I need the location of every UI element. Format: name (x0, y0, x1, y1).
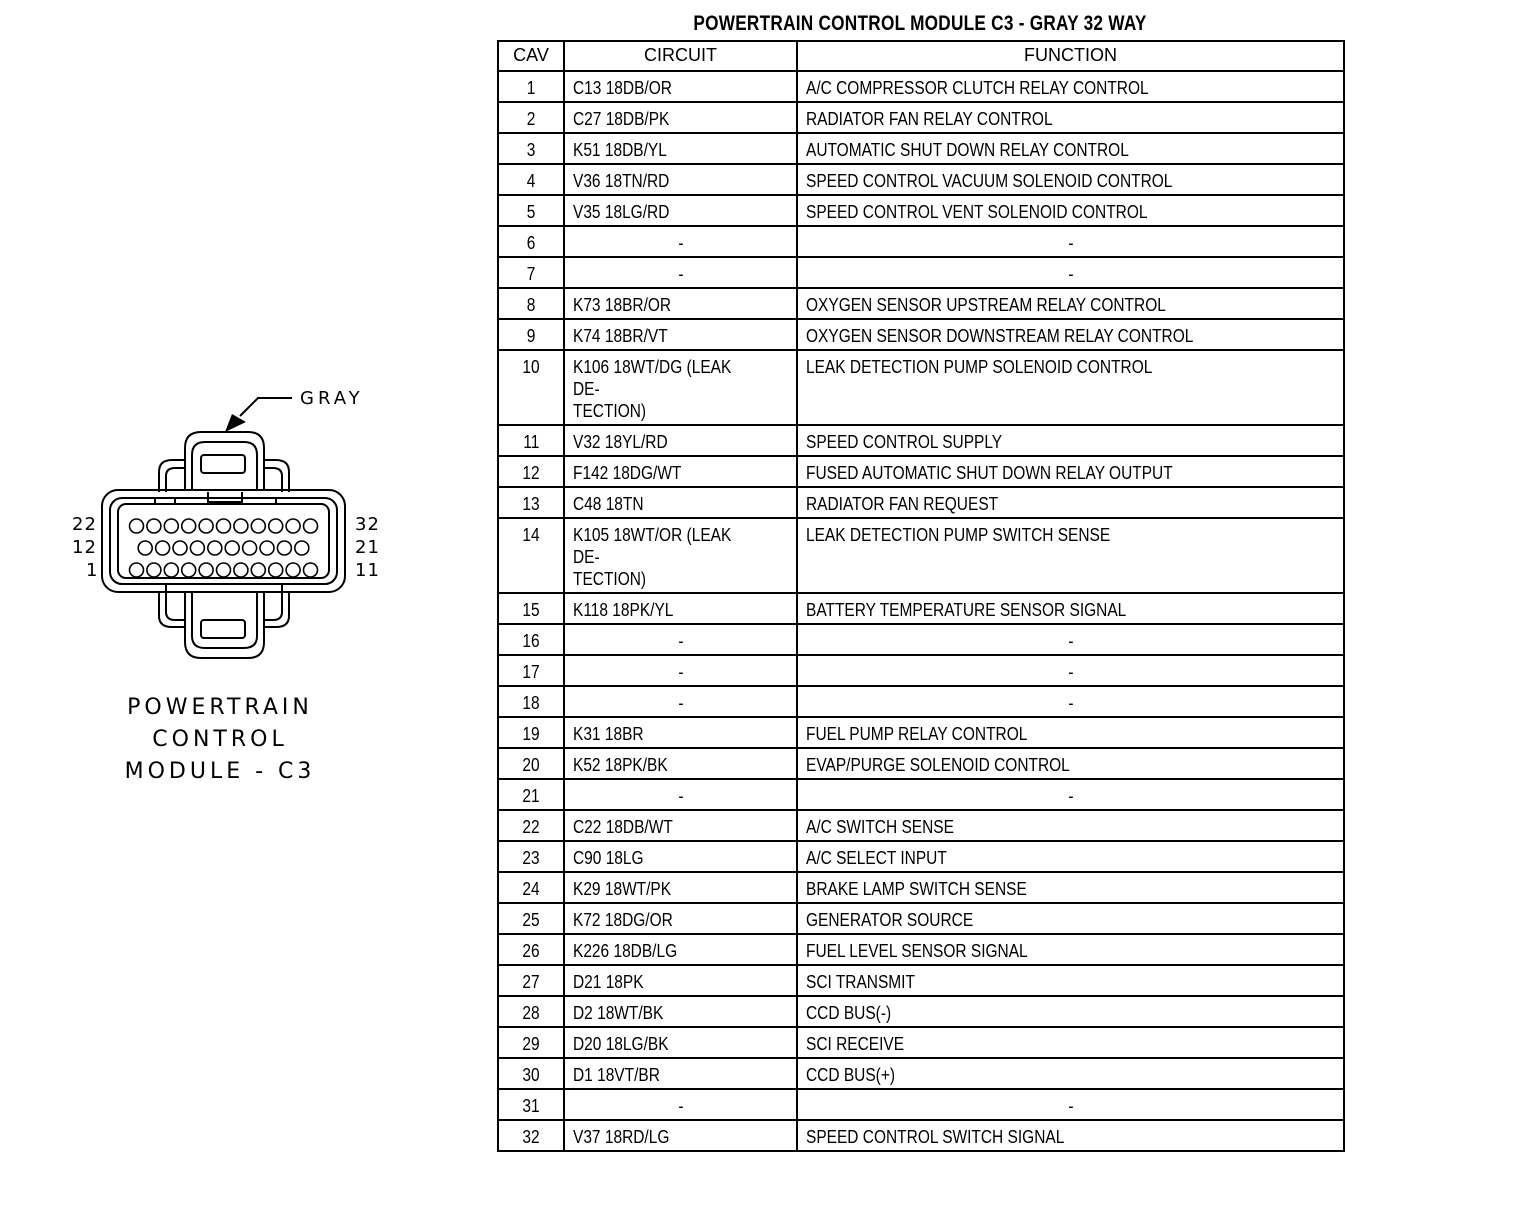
cav-cell: 5 (498, 195, 564, 226)
pin-label-1: 1 (86, 562, 98, 580)
table-row: 22C22 18DB/WTA/C SWITCH SENSE (498, 810, 1344, 841)
pin-hole (304, 519, 318, 533)
pin-hole (234, 563, 248, 577)
cav-cell: 23 (498, 841, 564, 872)
circuit-cell: D21 18PK (564, 965, 797, 996)
table-row: 13C48 18TNRADIATOR FAN REQUEST (498, 487, 1344, 518)
function-cell: CCD BUS(+) (797, 1058, 1344, 1089)
cav-cell: 1 (498, 71, 564, 102)
pin-hole (182, 519, 196, 533)
circuit-cell: K31 18BR (564, 717, 797, 748)
function-cell: FUEL LEVEL SENSOR SIGNAL (797, 934, 1344, 965)
table-row: 10K106 18WT/DG (LEAK DE- TECTION)LEAK DE… (498, 350, 1344, 425)
cav-cell: 30 (498, 1058, 564, 1089)
pin-label-21: 21 (355, 539, 380, 557)
pinout-table: CAV CIRCUIT FUNCTION 1C13 18DB/ORA/C COM… (497, 40, 1345, 1152)
pin-hole (138, 541, 152, 555)
cav-cell: 27 (498, 965, 564, 996)
pin-hole (286, 563, 300, 577)
function-cell: - (797, 686, 1344, 717)
table-row: 7-- (498, 257, 1344, 288)
circuit-cell: K52 18PK/BK (564, 748, 797, 779)
circuit-cell: - (564, 686, 797, 717)
circuit-cell: K29 18WT/PK (564, 872, 797, 903)
table-row: 31-- (498, 1089, 1344, 1120)
pin-hole (243, 541, 257, 555)
pin-hole (147, 519, 161, 533)
cav-cell: 17 (498, 655, 564, 686)
cav-cell: 13 (498, 487, 564, 518)
table-row: 24K29 18WT/PKBRAKE LAMP SWITCH SENSE (498, 872, 1344, 903)
function-cell: AUTOMATIC SHUT DOWN RELAY CONTROL (797, 133, 1344, 164)
cav-cell: 20 (498, 748, 564, 779)
circuit-cell: K73 18BR/OR (564, 288, 797, 319)
circuit-cell: C48 18TN (564, 487, 797, 518)
function-cell: A/C SWITCH SENSE (797, 810, 1344, 841)
function-cell: SPEED CONTROL SUPPLY (797, 425, 1344, 456)
pin-hole (173, 541, 187, 555)
table-row: 2C27 18DB/PKRADIATOR FAN RELAY CONTROL (498, 102, 1344, 133)
cav-cell: 4 (498, 164, 564, 195)
cav-cell: 15 (498, 593, 564, 624)
circuit-cell: - (564, 226, 797, 257)
pin-hole (130, 563, 144, 577)
table-row: 29D20 18LG/BKSCI RECEIVE (498, 1027, 1344, 1058)
table-row: 8K73 18BR/OROXYGEN SENSOR UPSTREAM RELAY… (498, 288, 1344, 319)
cav-cell: 11 (498, 425, 564, 456)
circuit-cell: K72 18DG/OR (564, 903, 797, 934)
cav-cell: 16 (498, 624, 564, 655)
table-row: 16-- (498, 624, 1344, 655)
table-row: 20K52 18PK/BKEVAP/PURGE SOLENOID CONTROL (498, 748, 1344, 779)
table-row: 6-- (498, 226, 1344, 257)
table-row: 11V32 18YL/RDSPEED CONTROL SUPPLY (498, 425, 1344, 456)
pin-hole (217, 519, 231, 533)
function-cell: FUEL PUMP RELAY CONTROL (797, 717, 1344, 748)
table-row: 15K118 18PK/YLBATTERY TEMPERATURE SENSOR… (498, 593, 1344, 624)
circuit-cell: C22 18DB/WT (564, 810, 797, 841)
function-cell: LEAK DETECTION PUMP SWITCH SENSE (797, 518, 1344, 593)
function-cell: FUSED AUTOMATIC SHUT DOWN RELAY OUTPUT (797, 456, 1344, 487)
cav-cell: 14 (498, 518, 564, 593)
function-cell: LEAK DETECTION PUMP SOLENOID CONTROL (797, 350, 1344, 425)
table-row: 12F142 18DG/WTFUSED AUTOMATIC SHUT DOWN … (498, 456, 1344, 487)
function-cell: - (797, 226, 1344, 257)
function-cell: SPEED CONTROL SWITCH SIGNAL (797, 1120, 1344, 1151)
table-row: 5V35 18LG/RDSPEED CONTROL VENT SOLENOID … (498, 195, 1344, 226)
pin-hole (164, 519, 178, 533)
pin-hole (217, 563, 231, 577)
pin-hole (251, 519, 265, 533)
cav-cell: 19 (498, 717, 564, 748)
pin-hole (208, 541, 222, 555)
header-circuit: CIRCUIT (564, 41, 797, 71)
pin-hole (190, 541, 204, 555)
cav-cell: 7 (498, 257, 564, 288)
cav-cell: 21 (498, 779, 564, 810)
cav-cell: 25 (498, 903, 564, 934)
function-cell: SPEED CONTROL VACUUM SOLENOID CONTROL (797, 164, 1344, 195)
function-cell: OXYGEN SENSOR DOWNSTREAM RELAY CONTROL (797, 319, 1344, 350)
table-row: 26K226 18DB/LGFUEL LEVEL SENSOR SIGNAL (498, 934, 1344, 965)
function-cell: SCI TRANSMIT (797, 965, 1344, 996)
caption-line-1: POWERTRAIN (60, 692, 380, 724)
circuit-cell: C90 18LG (564, 841, 797, 872)
function-cell: - (797, 655, 1344, 686)
circuit-cell: K105 18WT/OR (LEAK DE- TECTION) (564, 518, 797, 593)
function-cell: - (797, 779, 1344, 810)
table-row: 4V36 18TN/RDSPEED CONTROL VACUUM SOLENOI… (498, 164, 1344, 195)
function-cell: BRAKE LAMP SWITCH SENSE (797, 872, 1344, 903)
pin-hole (260, 541, 274, 555)
table-row: 32V37 18RD/LGSPEED CONTROL SWITCH SIGNAL (498, 1120, 1344, 1151)
circuit-cell: D1 18VT/BR (564, 1058, 797, 1089)
circuit-cell: - (564, 655, 797, 686)
cav-cell: 3 (498, 133, 564, 164)
table-row: 17-- (498, 655, 1344, 686)
pin-hole (269, 519, 283, 533)
table-row: 23C90 18LGA/C SELECT INPUT (498, 841, 1344, 872)
table-row: 1C13 18DB/ORA/C COMPRESSOR CLUTCH RELAY … (498, 71, 1344, 102)
cav-cell: 6 (498, 226, 564, 257)
cav-cell: 29 (498, 1027, 564, 1058)
header-cav: CAV (498, 41, 564, 71)
pin-hole (234, 519, 248, 533)
table-row: 30D1 18VT/BRCCD BUS(+) (498, 1058, 1344, 1089)
pin-hole (304, 563, 318, 577)
function-cell: - (797, 624, 1344, 655)
cav-cell: 31 (498, 1089, 564, 1120)
circuit-cell: K51 18DB/YL (564, 133, 797, 164)
table-header-row: CAV CIRCUIT FUNCTION (498, 41, 1344, 71)
pin-hole (147, 563, 161, 577)
circuit-cell: K106 18WT/DG (LEAK DE- TECTION) (564, 350, 797, 425)
circuit-cell: V35 18LG/RD (564, 195, 797, 226)
table-row: 9K74 18BR/VTOXYGEN SENSOR DOWNSTREAM REL… (498, 319, 1344, 350)
pin-hole (182, 563, 196, 577)
table-row: 14K105 18WT/OR (LEAK DE- TECTION)LEAK DE… (498, 518, 1344, 593)
cav-cell: 28 (498, 996, 564, 1027)
color-callout: GRAY (300, 388, 364, 409)
function-cell: SPEED CONTROL VENT SOLENOID CONTROL (797, 195, 1344, 226)
circuit-cell: V32 18YL/RD (564, 425, 797, 456)
table-row: 21-- (498, 779, 1344, 810)
pin-hole (251, 563, 265, 577)
pin-hole (164, 563, 178, 577)
cav-cell: 10 (498, 350, 564, 425)
function-cell: - (797, 257, 1344, 288)
circuit-cell: - (564, 624, 797, 655)
pin-hole (286, 519, 300, 533)
cav-cell: 8 (498, 288, 564, 319)
circuit-cell: K226 18DB/LG (564, 934, 797, 965)
function-cell: CCD BUS(-) (797, 996, 1344, 1027)
function-cell: SCI RECEIVE (797, 1027, 1344, 1058)
header-function: FUNCTION (797, 41, 1344, 71)
pin-hole (130, 519, 144, 533)
circuit-cell: K118 18PK/YL (564, 593, 797, 624)
circuit-cell: D2 18WT/BK (564, 996, 797, 1027)
caption-line-3: MODULE - C3 (60, 756, 380, 788)
cav-cell: 9 (498, 319, 564, 350)
connector-drawing (60, 380, 400, 680)
circuit-cell: - (564, 1089, 797, 1120)
function-cell: RADIATOR FAN REQUEST (797, 487, 1344, 518)
circuit-cell: C13 18DB/OR (564, 71, 797, 102)
function-cell: A/C COMPRESSOR CLUTCH RELAY CONTROL (797, 71, 1344, 102)
table-row: 19K31 18BRFUEL PUMP RELAY CONTROL (498, 717, 1344, 748)
function-cell: GENERATOR SOURCE (797, 903, 1344, 934)
circuit-cell: V37 18RD/LG (564, 1120, 797, 1151)
cav-cell: 24 (498, 872, 564, 903)
function-cell: BATTERY TEMPERATURE SENSOR SIGNAL (797, 593, 1344, 624)
circuit-cell: F142 18DG/WT (564, 456, 797, 487)
table-row: 28D2 18WT/BKCCD BUS(-) (498, 996, 1344, 1027)
pin-hole (199, 519, 213, 533)
pin-label-32: 32 (355, 516, 380, 534)
cav-cell: 32 (498, 1120, 564, 1151)
cav-cell: 22 (498, 810, 564, 841)
pin-label-12: 12 (72, 539, 97, 557)
circuit-cell: - (564, 779, 797, 810)
table-row: 3K51 18DB/YLAUTOMATIC SHUT DOWN RELAY CO… (498, 133, 1344, 164)
function-cell: - (797, 1089, 1344, 1120)
table-row: 18-- (498, 686, 1344, 717)
circuit-cell: - (564, 257, 797, 288)
function-cell: RADIATOR FAN RELAY CONTROL (797, 102, 1344, 133)
figure-caption: POWERTRAIN CONTROL MODULE - C3 (60, 692, 380, 788)
circuit-cell: C27 18DB/PK (564, 102, 797, 133)
function-cell: OXYGEN SENSOR UPSTREAM RELAY CONTROL (797, 288, 1344, 319)
cav-cell: 12 (498, 456, 564, 487)
cav-cell: 18 (498, 686, 564, 717)
cav-cell: 2 (498, 102, 564, 133)
connector-figure: GRAY 22 12 1 32 21 11 POWERTRAIN CONTROL… (60, 380, 400, 800)
circuit-cell: V36 18TN/RD (564, 164, 797, 195)
cav-cell: 26 (498, 934, 564, 965)
page-title: POWERTRAIN CONTROL MODULE C3 - GRAY 32 W… (573, 12, 1267, 36)
pin-label-22: 22 (72, 516, 97, 534)
pin-hole (199, 563, 213, 577)
function-cell: EVAP/PURGE SOLENOID CONTROL (797, 748, 1344, 779)
pin-hole (156, 541, 170, 555)
pin-hole (225, 541, 239, 555)
function-cell: A/C SELECT INPUT (797, 841, 1344, 872)
pin-hole (295, 541, 309, 555)
pin-hole (277, 541, 291, 555)
caption-line-2: CONTROL (60, 724, 380, 756)
pin-label-11: 11 (355, 562, 380, 580)
pin-hole (269, 563, 283, 577)
table-row: 25K72 18DG/ORGENERATOR SOURCE (498, 903, 1344, 934)
circuit-cell: K74 18BR/VT (564, 319, 797, 350)
circuit-cell: D20 18LG/BK (564, 1027, 797, 1058)
table-row: 27D21 18PKSCI TRANSMIT (498, 965, 1344, 996)
